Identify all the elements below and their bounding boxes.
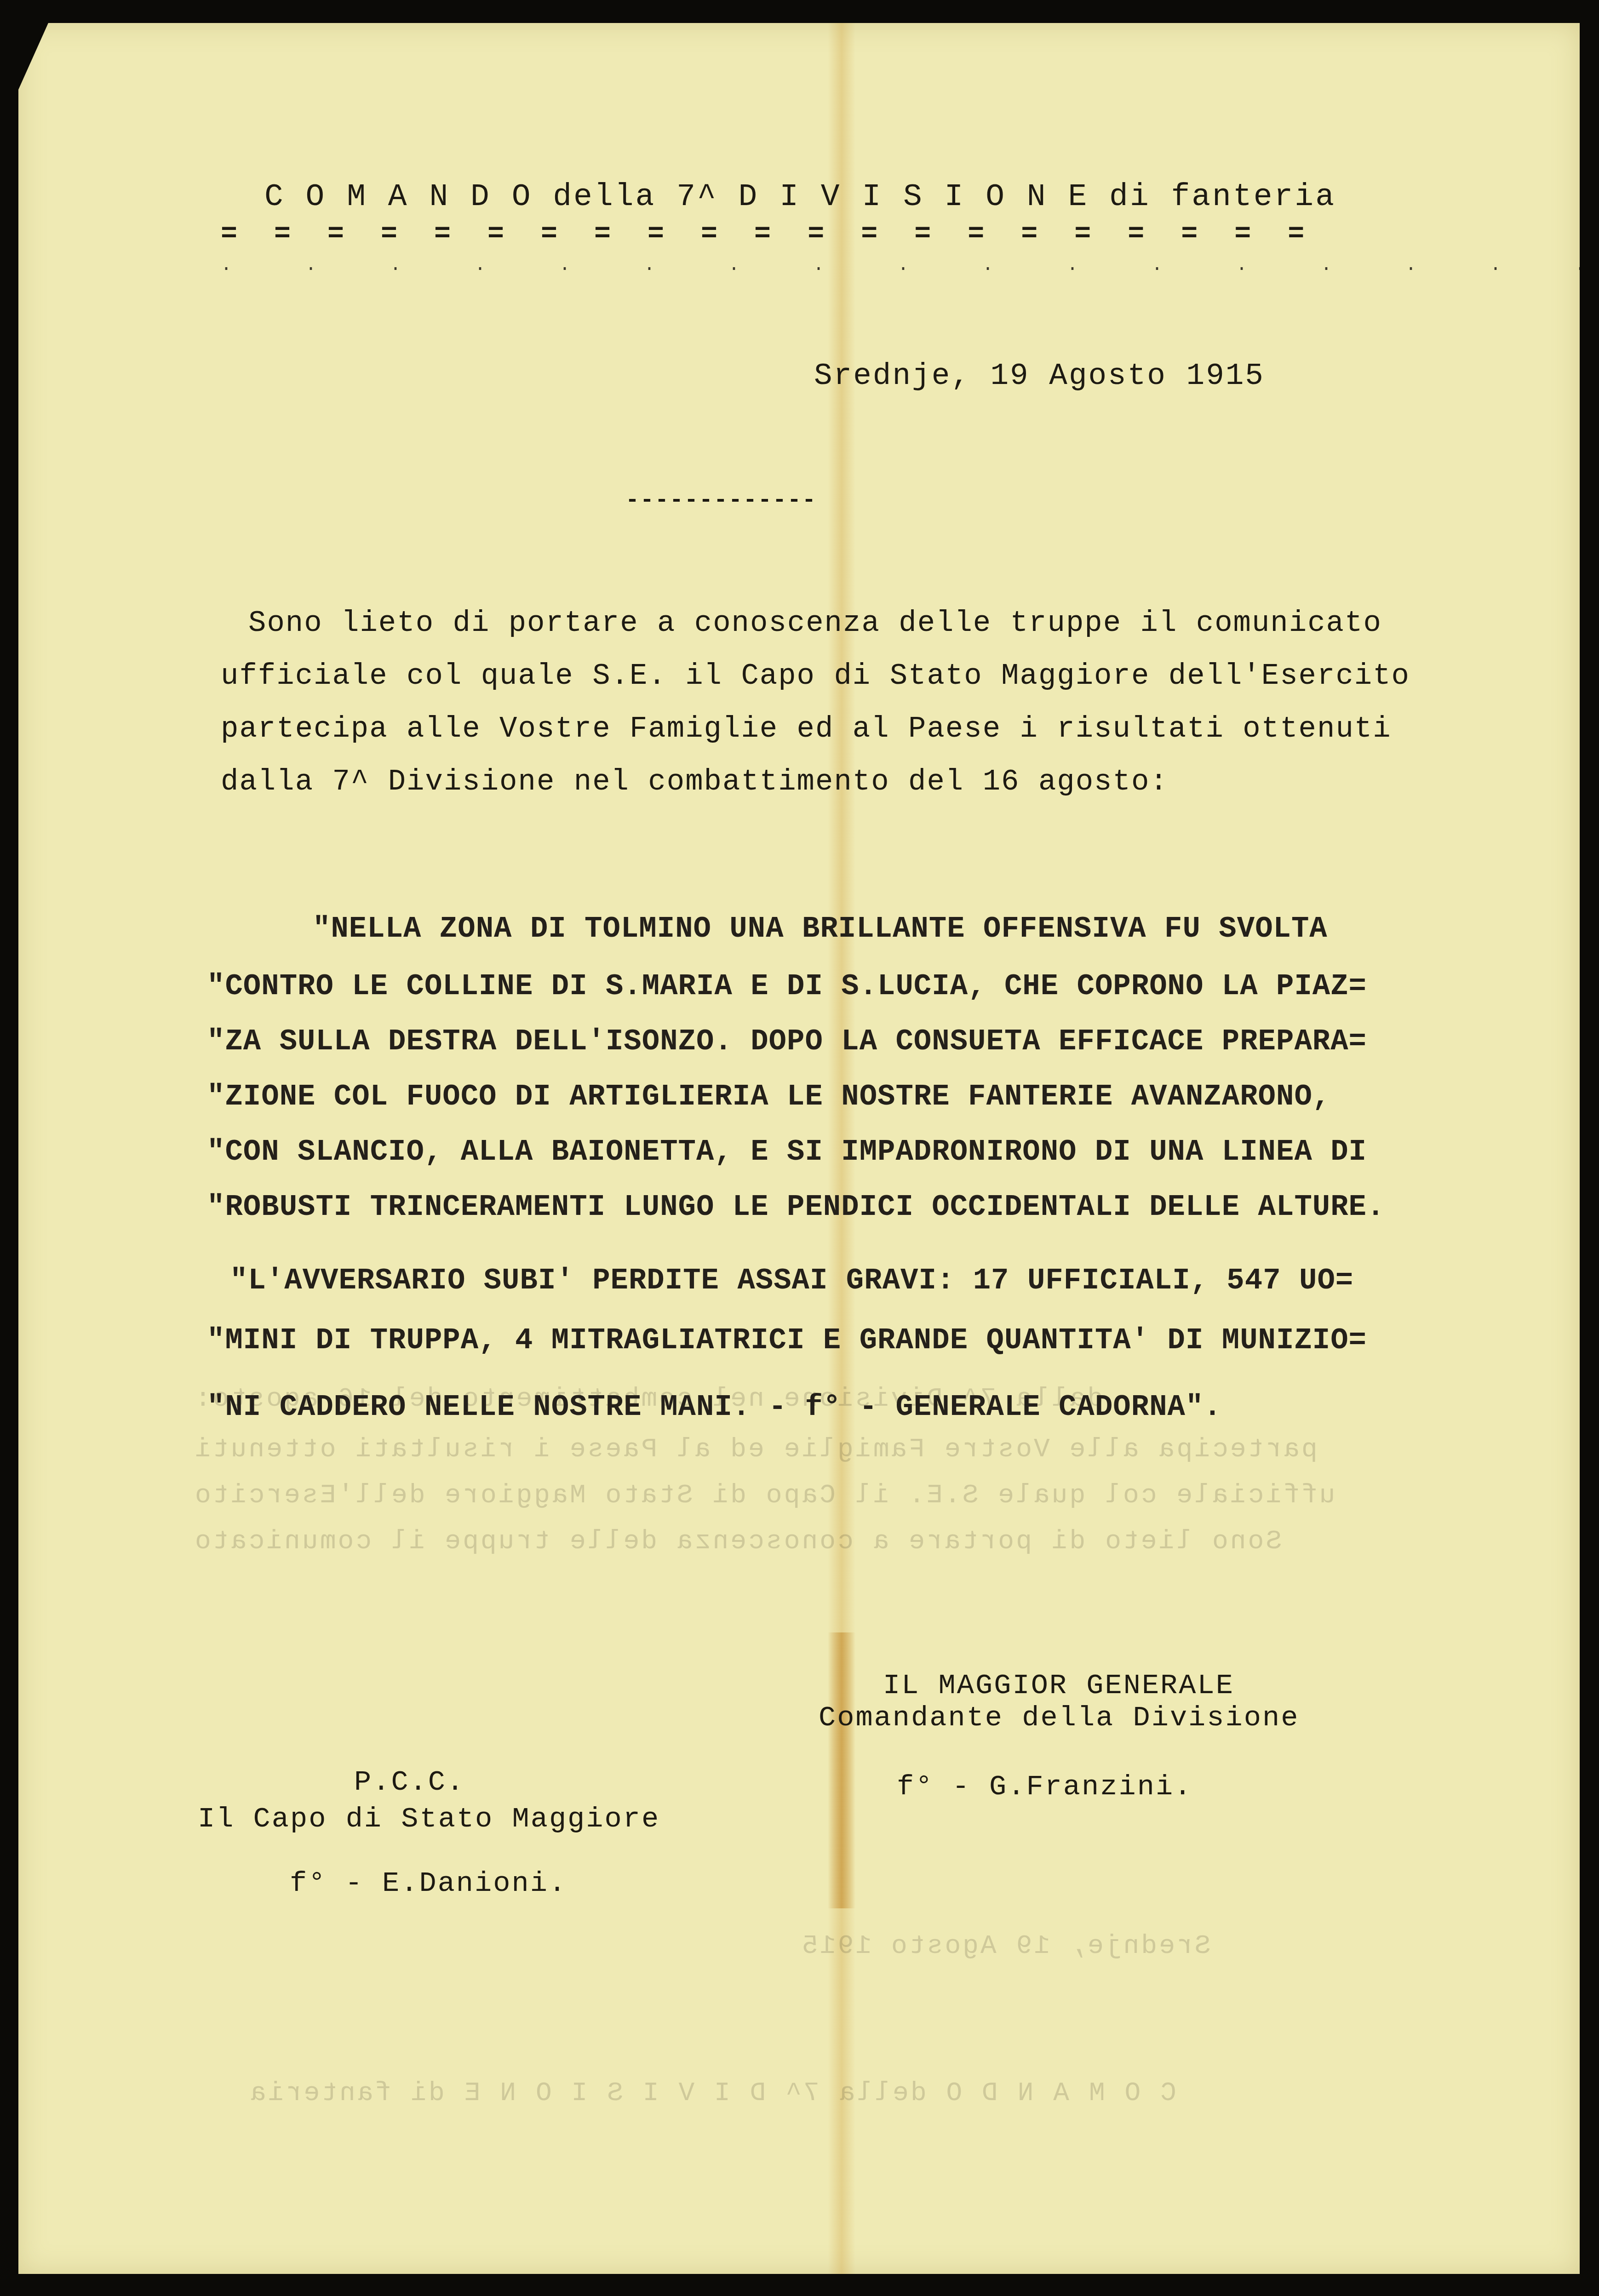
- header-rule: = = = = = = = = = = = = = = = = = = = = …: [221, 218, 1314, 250]
- signatory-rank: IL MAGGIOR GENERALE: [883, 1669, 1234, 1702]
- bleed-through-line: partecipa alle Vostre Famiglie ed al Pae…: [193, 1435, 1318, 1465]
- bleed-through-line: Sono lieto di portare a conoscenza delle…: [193, 1527, 1282, 1557]
- intro-line: partecipa alle Vostre Famiglie ed al Pae…: [221, 713, 1392, 746]
- date-line: Srednje, 19 Agosto 1915: [814, 359, 1265, 393]
- header-title: C O M A N D O della 7^ D I V I S I O N E…: [264, 179, 1336, 215]
- bleed-through-line: C O M A N D O della 7^ D I V I S I O N E…: [248, 2078, 1176, 2108]
- communique-line: "NI CADDERO NELLE NOSTRE MANI. - f° - GE…: [207, 1391, 1222, 1424]
- chief-of-staff-signed: f° - E.Danioni.: [290, 1867, 567, 1900]
- bleed-through-line: ufficiale col quale S.E. il Capo di Stat…: [193, 1481, 1335, 1511]
- header-dots: . . . . . . . . . . . . . . . . . . . .: [221, 255, 1599, 276]
- communique-line: "ZA SULLA DESTRA DELL'ISONZO. DOPO LA CO…: [207, 1025, 1367, 1059]
- rust-stain: [828, 1632, 855, 1908]
- document-sheet: dalla 7^ Divisione nel combattimento del…: [18, 23, 1580, 2274]
- signatory-signed: f° - G.Franzini.: [897, 1770, 1192, 1803]
- intro-line: dalla 7^ Divisione nel combattimento del…: [221, 766, 1169, 799]
- pcc-label: P.C.C.: [354, 1766, 465, 1798]
- communique-line: "L'AVVERSARIO SUBI' PERDITE ASSAI GRAVI:…: [230, 1265, 1353, 1298]
- communique-line: "MINI DI TRUPPA, 4 MITRAGLIATRICI E GRAN…: [207, 1324, 1367, 1357]
- chief-of-staff-role: Il Capo di Stato Maggiore: [198, 1803, 660, 1835]
- communique-line: "CON SLANCIO, ALLA BAIONETTA, E SI IMPAD…: [207, 1136, 1367, 1169]
- communique-line: "CONTRO LE COLLINE DI S.MARIA E DI S.LUC…: [207, 970, 1367, 1003]
- communique-line: "ZIONE COL FUOCO DI ARTIGLIERIA LE NOSTR…: [207, 1081, 1330, 1114]
- separator: -------------: [625, 487, 817, 514]
- signatory-role: Comandante della Divisione: [819, 1701, 1299, 1734]
- intro-line: Sono lieto di portare a conoscenza delle…: [248, 607, 1382, 640]
- communique-line: "NELLA ZONA DI TOLMINO UNA BRILLANTE OFF…: [313, 913, 1328, 946]
- communique-line: "ROBUSTI TRINCERAMENTI LUNGO LE PENDICI …: [207, 1191, 1385, 1224]
- bleed-through-line: Srednje, 19 Agosto 1915: [800, 1931, 1211, 1961]
- intro-line: ufficiale col quale S.E. il Capo di Stat…: [221, 660, 1410, 693]
